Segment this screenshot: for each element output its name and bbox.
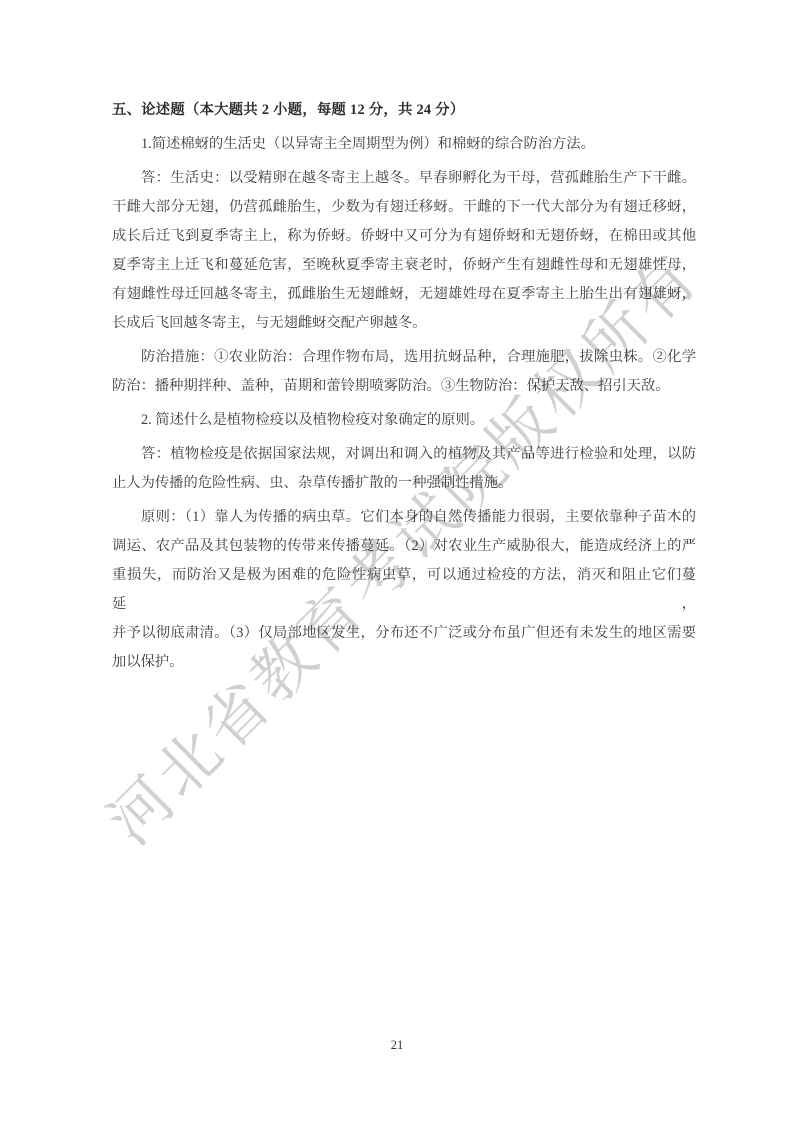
text-line: 长成后飞回越冬寄主，与无翅雌蚜交配产卵越冬。	[112, 309, 696, 338]
answer-1-control-measures: 防治措施：①农业防治：合理作物布局，选用抗蚜品种，合理施肥，拔除虫株。②化学 防…	[112, 343, 696, 401]
document-page: 河北省教育考试院版权所有 五、论述题（本大题共 2 小题，每题 12 分，共 2…	[0, 0, 794, 1123]
question-2: 2. 简述什么是植物检疫以及植物检疫对象确定的原则。	[112, 406, 696, 435]
document-content: 五、论述题（本大题共 2 小题，每题 12 分，共 24 分） 1.简述棉蚜的生…	[112, 96, 696, 682]
text-line: 止人为传播的危险性病、虫、杂草传播扩散的一种强制性措施。	[112, 469, 696, 498]
text-line: 2. 简述什么是植物检疫以及植物检疫对象确定的原则。	[112, 406, 696, 435]
question-1: 1.简述棉蚜的生活史（以异寄主全周期型为例）和棉蚜的综合防治方法。	[112, 130, 696, 159]
text-line: 加以保护。	[112, 648, 696, 677]
page-number: 21	[0, 1036, 794, 1054]
text-line: 成长后迁飞到夏季寄主上，称为侨蚜。侨蚜中又可分为有翅侨蚜和无翅侨蚜，在棉田或其他	[112, 222, 696, 251]
text-line: 夏季寄主上迁飞和蔓延危害，至晚秋夏季寄主衰老时，侨蚜产生有翅雌性母和无翅雄性母，	[112, 251, 696, 280]
text-line: 重损失，而防治又是极为困难的危险性病虫草，可以通过检疫的方法，消灭和阻止它们蔓延…	[112, 561, 696, 619]
text-line: 答：生活史：以受精卵在越冬寄主上越冬。早春卵孵化为干母，营孤雌胎生产下干雌。	[112, 164, 696, 193]
answer-2-principles: 原则：（1）靠人为传播的病虫草。它们本身的自然传播能力很弱，主要依靠种子苗木的 …	[112, 503, 696, 677]
text-line: 调运、农产品及其包装物的传带来传播蔓延。（2）对农业生产威胁很大，能造成经济上的…	[112, 532, 696, 561]
text-line: 有翅雌性母迁回越冬寄主，孤雌胎生无翅雌蚜，无翅雄姓母在夏季寄主上胎生出有翅雄蚜，	[112, 280, 696, 309]
answer-1-life-history: 答：生活史：以受精卵在越冬寄主上越冬。早春卵孵化为干母，营孤雌胎生产下干雌。 干…	[112, 164, 696, 338]
text-line: 防治：播种期拌种、盖种，苗期和蕾铃期喷雾防治。③生物防治：保护天敌、招引天敌。	[112, 372, 696, 401]
text-line: 1.简述棉蚜的生活史（以异寄主全周期型为例）和棉蚜的综合防治方法。	[112, 130, 696, 159]
text-line: 并予以彻底肃清。（3）仅局部地区发生，分布还不广泛或分布虽广但还有未发生的地区需…	[112, 619, 696, 648]
text-line: 干雌大部分无翅，仍营孤雌胎生，少数为有翅迁移蚜。干雌的下一代大部分为有翅迁移蚜，	[112, 193, 696, 222]
section-heading: 五、论述题（本大题共 2 小题，每题 12 分，共 24 分）	[112, 96, 696, 125]
text-line: 原则：（1）靠人为传播的病虫草。它们本身的自然传播能力很弱，主要依靠种子苗木的	[112, 503, 696, 532]
text-line: 答：植物检疫是依据国家法规，对调出和调入的植物及其产品等进行检验和处理，以防	[112, 440, 696, 469]
answer-2-definition: 答：植物检疫是依据国家法规，对调出和调入的植物及其产品等进行检验和处理，以防 止…	[112, 440, 696, 498]
text-line: 防治措施：①农业防治：合理作物布局，选用抗蚜品种，合理施肥，拔除虫株。②化学	[112, 343, 696, 372]
